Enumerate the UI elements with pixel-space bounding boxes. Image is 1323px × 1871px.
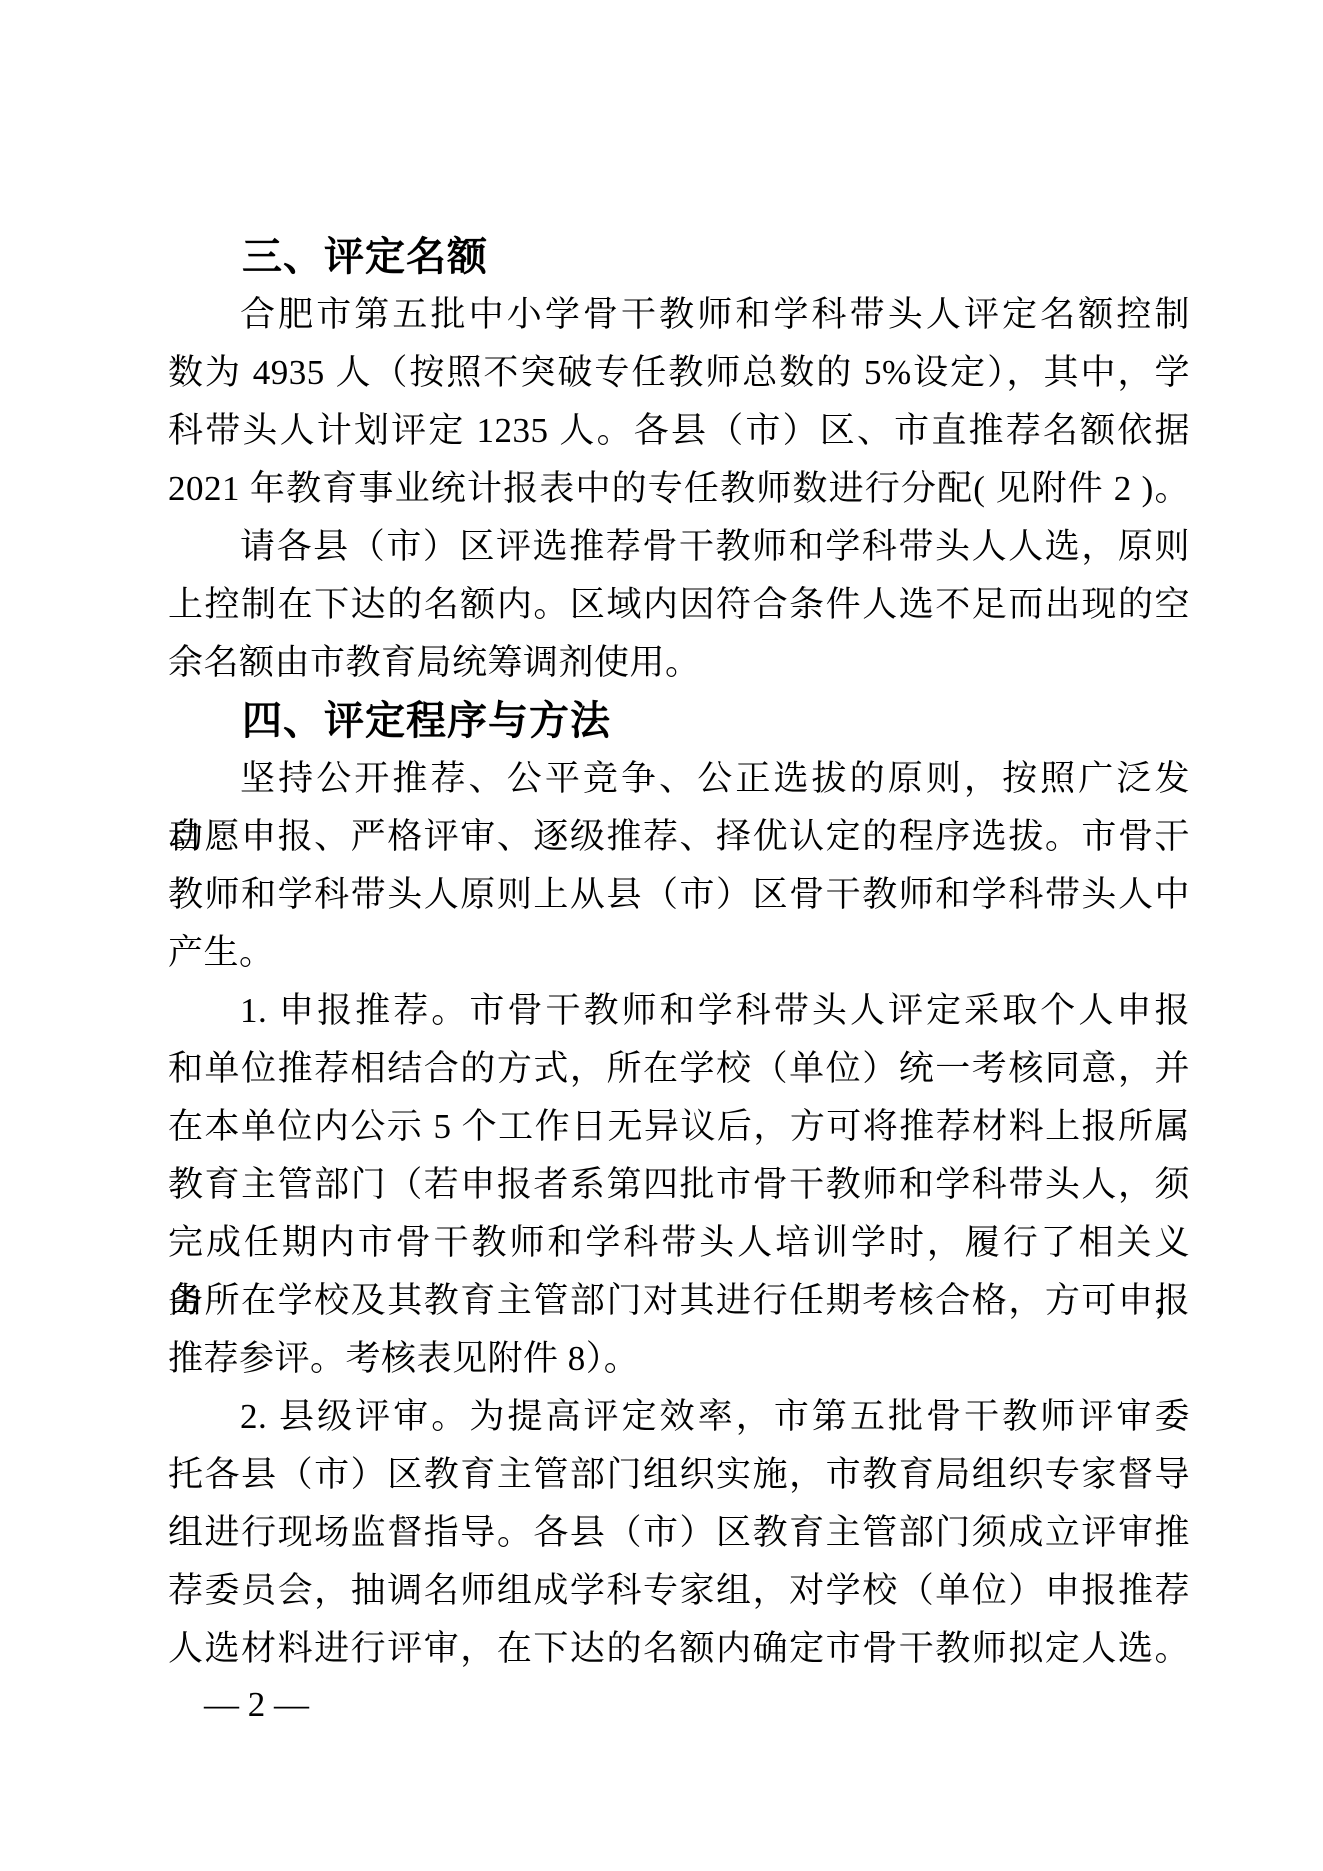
text-line: 荐委员会，抽调名师组成学科专家组，对学校（单位）申报推荐 (168, 1562, 1190, 1620)
text-line: 请各县（市）区评选推荐骨干教师和学科带头人人选，原则 (168, 518, 1190, 576)
text-line: 教育主管部门（若申报者系第四批市骨干教师和学科带头人，须 (168, 1156, 1190, 1214)
text-line: 2. 县级评审。为提高评定效率，市第五批骨干教师评审委 (168, 1388, 1190, 1446)
text-line: 人选材料进行评审，在下达的名额内确定市骨干教师拟定人选。 (168, 1620, 1190, 1678)
text-line: 自愿申报、严格评审、逐级推荐、择优认定的程序选拔。市骨干 (168, 808, 1190, 866)
text-line: 上控制在下达的名额内。区域内因符合条件人选不足而出现的空 (168, 576, 1190, 634)
text-line: 余名额由市教育局统筹调剂使用。 (168, 634, 1190, 692)
document-page: 三、评定名额合肥市第五批中小学骨干教师和学科带头人评定名额控制数为 4935 人… (0, 0, 1323, 1871)
text-line: 在本单位内公示 5 个工作日无异议后，方可将推荐材料上报所属 (168, 1098, 1190, 1156)
text-line: 推荐参评。考核表见附件 8）。 (168, 1330, 1190, 1388)
text-line: 2021 年教育事业统计报表中的专任教师数进行分配( 见附件 2 )。 (168, 460, 1190, 518)
text-line: 产生。 (168, 924, 1190, 982)
text-line: 合肥市第五批中小学骨干教师和学科带头人评定名额控制 (168, 286, 1190, 344)
text-line: 数为 4935 人（按照不突破专任教师总数的 5%设定），其中，学 (168, 344, 1190, 402)
section-heading: 四、评定程序与方法 (168, 692, 1190, 750)
text-line: 坚持公开推荐、公平竞争、公正选拔的原则，按照广泛发动、 (168, 750, 1190, 808)
content: 三、评定名额合肥市第五批中小学骨干教师和学科带头人评定名额控制数为 4935 人… (168, 228, 1190, 1678)
text-line: 和单位推荐相结合的方式，所在学校（单位）统一考核同意，并 (168, 1040, 1190, 1098)
text-line: 完成任期内市骨干教师和学科带头人培训学时，履行了相关义务， (168, 1214, 1190, 1272)
text-line: 组进行现场监督指导。各县（市）区教育主管部门须成立评审推 (168, 1504, 1190, 1562)
text-line: 科带头人计划评定 1235 人。各县（市）区、市直推荐名额依据 (168, 402, 1190, 460)
text-line: 托各县（市）区教育主管部门组织实施，市教育局组织专家督导 (168, 1446, 1190, 1504)
text-line: 教师和学科带头人原则上从县（市）区骨干教师和学科带头人中 (168, 866, 1190, 924)
text-line: 由所在学校及其教育主管部门对其进行任期考核合格，方可申报 (168, 1272, 1190, 1330)
text-line: 1. 申报推荐。市骨干教师和学科带头人评定采取个人申报 (168, 982, 1190, 1040)
page-number: — 2 — (204, 1676, 309, 1734)
section-heading: 三、评定名额 (168, 228, 1190, 286)
